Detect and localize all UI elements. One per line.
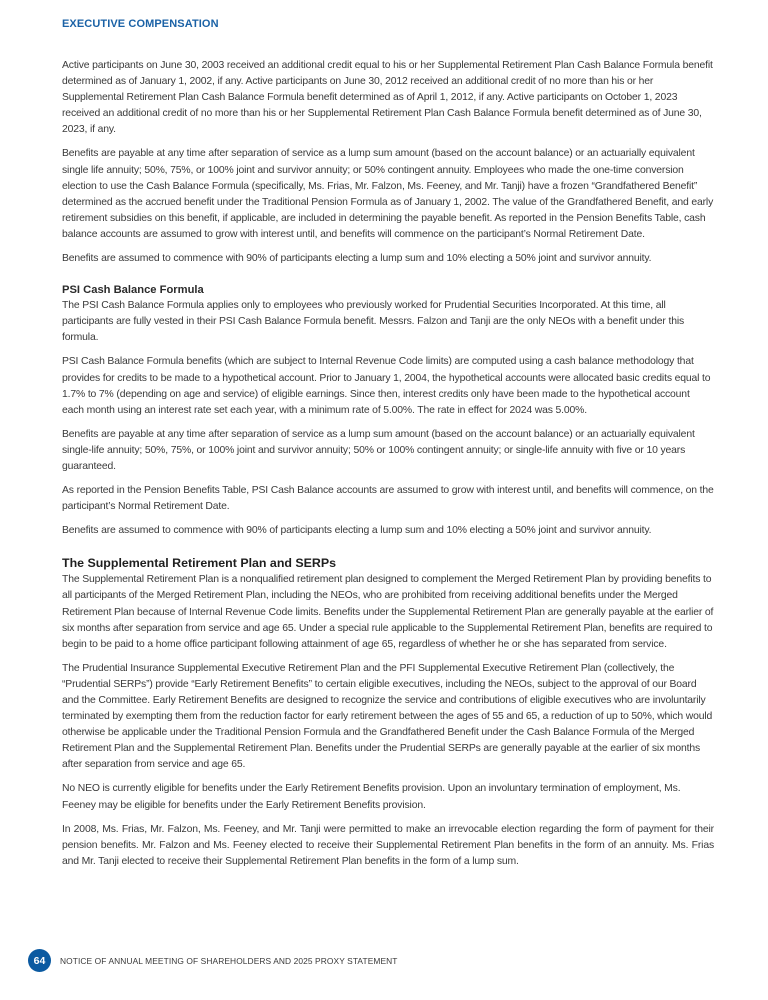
page-footer: 64 NOTICE OF ANNUAL MEETING OF SHAREHOLD…	[28, 949, 398, 972]
intro-section: Active participants on June 30, 2003 rec…	[62, 58, 714, 267]
page-number-badge: 64	[28, 949, 51, 972]
paragraph: No NEO is currently eligible for benefit…	[62, 781, 714, 813]
paragraph: In 2008, Ms. Frias, Mr. Falzon, Ms. Feen…	[62, 822, 714, 870]
paragraph: The Supplemental Retirement Plan is a no…	[62, 572, 714, 652]
paragraph: Active participants on June 30, 2003 rec…	[62, 58, 714, 138]
document-title: NOTICE OF ANNUAL MEETING OF SHAREHOLDERS…	[60, 956, 398, 966]
paragraph: Benefits are payable at any time after s…	[62, 146, 714, 243]
section-heading: The Supplemental Retirement Plan and SER…	[62, 555, 714, 572]
section-label: EXECUTIVE COMPENSATION	[62, 18, 219, 30]
paragraph: As reported in the Pension Benefits Tabl…	[62, 483, 714, 515]
section-heading: PSI Cash Balance Formula	[62, 282, 714, 298]
paragraph: PSI Cash Balance Formula benefits (which…	[62, 354, 714, 418]
paragraph: Benefits are assumed to commence with 90…	[62, 251, 714, 267]
paragraph: Benefits are payable at any time after s…	[62, 427, 714, 475]
paragraph: The PSI Cash Balance Formula applies onl…	[62, 298, 714, 346]
paragraph: Benefits are assumed to commence with 90…	[62, 523, 714, 539]
supplemental-retirement-section: The Supplemental Retirement Plan and SER…	[62, 555, 714, 870]
page-content: Active participants on June 30, 2003 rec…	[62, 58, 714, 878]
paragraph: The Prudential Insurance Supplemental Ex…	[62, 661, 714, 774]
psi-cash-balance-section: PSI Cash Balance Formula The PSI Cash Ba…	[62, 282, 714, 539]
